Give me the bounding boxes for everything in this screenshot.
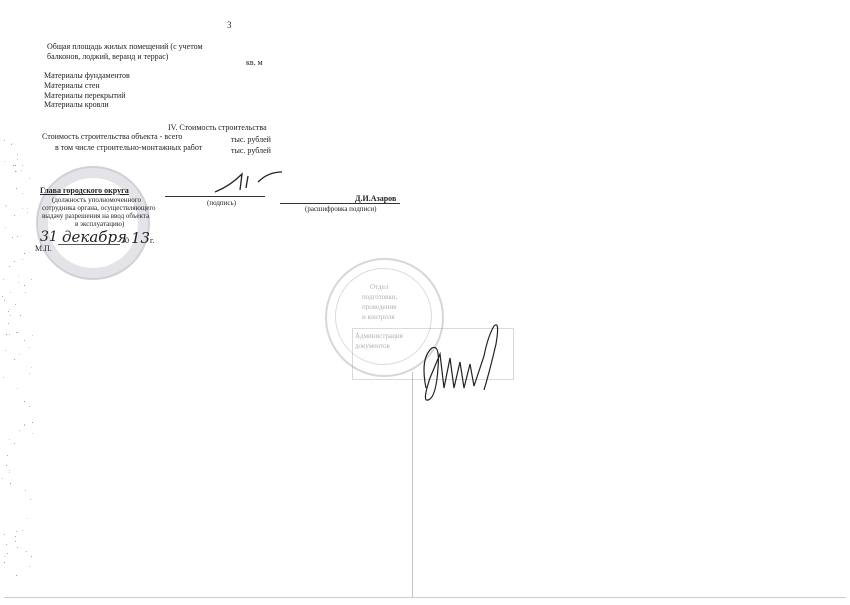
materials-foundation: Материалы фундаментов (44, 71, 130, 80)
stamp-rect-line-1: Администрация (355, 332, 403, 340)
stamp-line-4: и контроля (362, 313, 395, 321)
area-unit: кв. м (246, 58, 263, 67)
handwritten-signature-large-icon (418, 318, 508, 408)
date-year-prefix: 20 (121, 236, 129, 245)
position-caption-2: сотрудника органа, осуществляющего (42, 204, 156, 212)
materials-roof: Материалы кровли (44, 100, 109, 109)
area-label-line2: балконов, лоджий, веранд и террас) (47, 52, 168, 61)
date-day: 31 (40, 232, 58, 242)
signer-position: Глава городского округа (40, 186, 129, 195)
signature-caption: (подпись) (207, 199, 236, 207)
area-label-line1: Общая площадь жилых помещений (с учетом (47, 42, 203, 51)
cost-total-unit: тыс. рублей (231, 135, 271, 144)
date-month-line (58, 244, 120, 245)
cost-construction-label: в том числе строительно-монтажных работ (55, 143, 202, 152)
section-iv-title: IV. Стоимость строительства (168, 123, 267, 132)
name-line (280, 203, 400, 204)
page-number: 3 (227, 20, 232, 30)
signature-line (165, 196, 265, 197)
handwritten-signature-icon (210, 168, 290, 196)
page-bottom-rule (4, 597, 846, 598)
name-caption: (расшифровка подписи) (305, 205, 376, 213)
position-caption-4: в эксплуатацию) (75, 220, 124, 228)
stamp-line-2: подготовки, (362, 293, 397, 301)
date-year-unit: г. (150, 236, 154, 245)
materials-walls: Материалы стен (44, 81, 100, 90)
signer-name: Д.И.Азаров (355, 194, 396, 203)
cost-construction-unit: тыс. рублей (231, 146, 271, 155)
position-caption-1: (должность уполномоченного (52, 196, 141, 204)
cost-total-label: Стоимость строительства объекта - всего (42, 132, 182, 141)
stamp-line-1: Отдел (370, 283, 388, 291)
stamp-line-3: проведения (362, 303, 396, 311)
fold-line (412, 372, 413, 597)
date-year-suffix: 13 (131, 229, 150, 247)
seal-label: М.П. (35, 244, 52, 253)
materials-floors: Материалы перекрытий (44, 91, 125, 100)
position-caption-3: выдачу разрешения на ввод объекта (42, 212, 149, 220)
stamp-rect-line-2: документов (355, 342, 390, 350)
